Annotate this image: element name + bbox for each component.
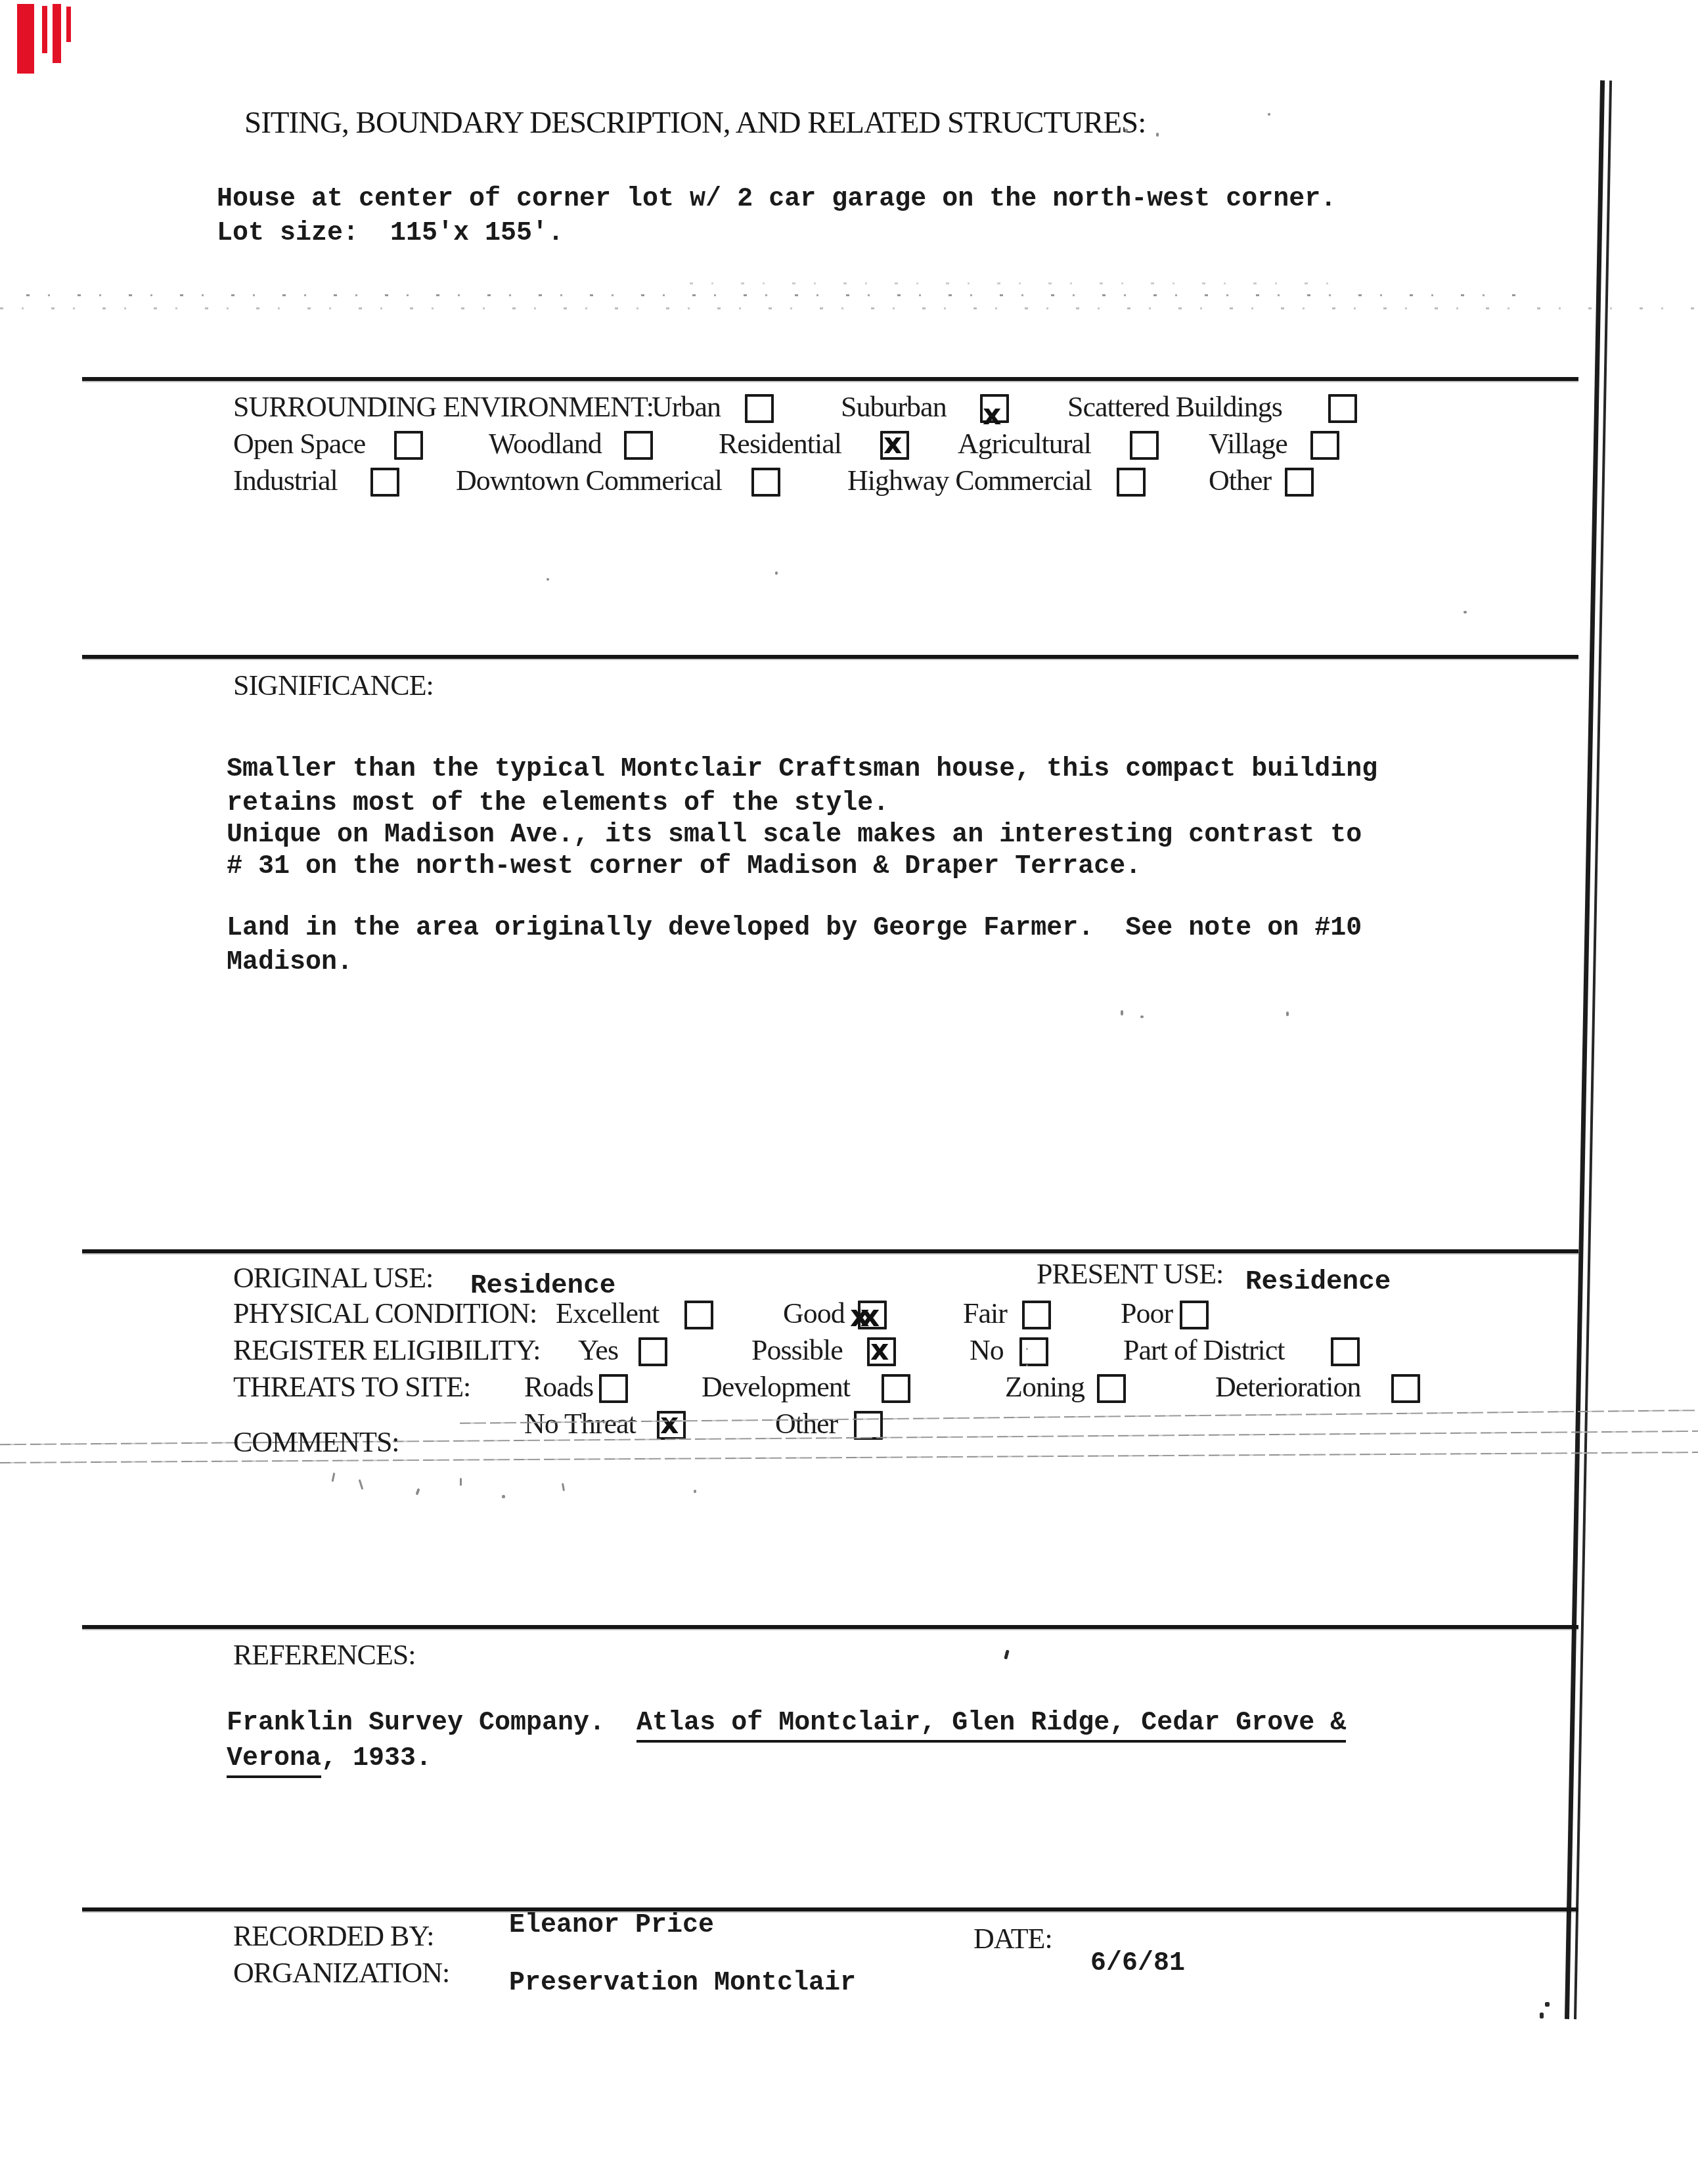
scan-noise-line bbox=[460, 1410, 1698, 1424]
good-checkbox-mark: xx bbox=[850, 1298, 870, 1333]
scattered-buildings-checkbox bbox=[1328, 394, 1357, 423]
scanner-red-bar bbox=[17, 4, 34, 74]
village-checkbox bbox=[1310, 431, 1339, 460]
date-label: DATE: bbox=[973, 1923, 1052, 1955]
good-label: Good bbox=[783, 1298, 845, 1329]
suburban-label: Suburban bbox=[841, 391, 947, 423]
scanned-survey-form-page: SITING, BOUNDARY DESCRIPTION, AND RELATE… bbox=[0, 0, 1698, 2184]
page-edge-line-thin bbox=[1574, 81, 1612, 2020]
organization-value: Preservation Montclair bbox=[509, 1968, 856, 1999]
scan-speck bbox=[1125, 129, 1128, 132]
scan-speck bbox=[775, 571, 778, 575]
no-checkbox: · · bbox=[1019, 1337, 1048, 1366]
reference-author: Franklin Survey Company. bbox=[227, 1708, 637, 1738]
reference-work-title-cont: Verona bbox=[227, 1744, 321, 1778]
date-value: 6/6/81 bbox=[1090, 1948, 1185, 1980]
section-rule bbox=[82, 1249, 1578, 1253]
zoning-checkbox bbox=[1097, 1374, 1126, 1403]
other-threat-checkbox bbox=[854, 1411, 883, 1440]
scanner-red-bar bbox=[66, 7, 71, 42]
threats-to-site-label: THREATS TO SITE: bbox=[233, 1371, 470, 1403]
good-checkbox: xx bbox=[858, 1301, 887, 1329]
industrial-checkbox bbox=[370, 468, 399, 497]
roads-checkbox bbox=[599, 1374, 628, 1403]
original-use-label: ORIGINAL USE: bbox=[233, 1262, 433, 1294]
poor-label: Poor bbox=[1121, 1298, 1173, 1329]
residential-checkbox: x bbox=[880, 431, 909, 460]
reference-work-title: Atlas of Montclair, Glen Ridge, Cedar Gr… bbox=[637, 1708, 1346, 1743]
other-threat-label: Other bbox=[775, 1408, 838, 1440]
recorded-by-value: Eleanor Price bbox=[509, 1910, 714, 1942]
downtown-commercial-checkbox bbox=[751, 468, 780, 497]
scan-speck bbox=[415, 1488, 420, 1496]
development-checkbox bbox=[882, 1374, 910, 1403]
scan-speck bbox=[1140, 1015, 1144, 1018]
suburban-checkbox: x bbox=[980, 394, 1009, 423]
section-rule bbox=[82, 1625, 1578, 1629]
scan-speck bbox=[1545, 2002, 1550, 2007]
no-label: No bbox=[970, 1335, 1004, 1366]
agricultural-checkbox bbox=[1130, 431, 1159, 460]
scattered-buildings-label: Scattered Buildings bbox=[1067, 391, 1282, 423]
yes-label: Yes bbox=[578, 1335, 618, 1366]
reference-citation-line2: Verona, 1933. bbox=[227, 1743, 432, 1775]
industrial-label: Industrial bbox=[233, 465, 338, 497]
scanner-red-bar bbox=[53, 4, 61, 63]
significance-title: SIGNIFICANCE: bbox=[233, 670, 434, 702]
excellent-checkbox bbox=[684, 1301, 713, 1329]
scan-speck bbox=[1463, 611, 1467, 613]
comments-label: COMMENTS: bbox=[233, 1427, 399, 1458]
scanner-red-bar bbox=[42, 6, 47, 53]
woodland-label: Woodland bbox=[489, 428, 602, 460]
page-edge-double-line bbox=[1565, 80, 1613, 2019]
scan-speck bbox=[1268, 113, 1270, 116]
deterioration-checkbox bbox=[1391, 1374, 1420, 1403]
urban-label: Urban bbox=[652, 391, 721, 423]
page-title: SITING, BOUNDARY DESCRIPTION, AND RELATE… bbox=[244, 105, 1146, 141]
present-use-value: Residence bbox=[1245, 1266, 1391, 1299]
reference-year: , 1933. bbox=[321, 1744, 432, 1773]
scan-speck bbox=[1121, 1010, 1123, 1015]
significance-line: Unique on Madison Ave., its small scale … bbox=[227, 820, 1362, 851]
other-environment-label: Other bbox=[1209, 465, 1271, 497]
siting-description-line1: House at center of corner lot w/ 2 car g… bbox=[217, 184, 1336, 215]
no-threat-label: No Threat bbox=[524, 1408, 636, 1440]
agricultural-label: Agricultural bbox=[958, 428, 1091, 460]
highway-commercial-label: Highway Commercial bbox=[847, 465, 1092, 497]
scan-speck bbox=[1286, 1012, 1289, 1016]
possible-checkbox-mark: x bbox=[870, 1333, 889, 1367]
register-eligibility-label: REGISTER ELIGIBILITY: bbox=[233, 1335, 540, 1366]
organization-label: ORGANIZATION: bbox=[233, 1957, 449, 1989]
excellent-label: Excellent bbox=[556, 1298, 659, 1329]
possible-checkbox: x bbox=[867, 1337, 896, 1366]
scan-speck bbox=[502, 1495, 505, 1498]
open-space-label: Open Space bbox=[233, 428, 365, 460]
zoning-label: Zoning bbox=[1005, 1371, 1084, 1403]
deterioration-label: Deterioration bbox=[1215, 1371, 1361, 1403]
present-use-label: PRESENT USE: bbox=[1037, 1259, 1223, 1290]
downtown-commercial-label: Downtown Commerical bbox=[456, 465, 722, 497]
no-threat-checkbox: x bbox=[657, 1411, 686, 1440]
no-checkbox-mark: · · bbox=[1025, 1341, 1046, 1374]
fair-label: Fair bbox=[963, 1298, 1007, 1329]
scan-speck bbox=[547, 578, 549, 581]
open-space-checkbox bbox=[394, 431, 423, 460]
scan-speck bbox=[1156, 133, 1159, 137]
part-of-district-label: Part of District bbox=[1123, 1335, 1285, 1366]
scan-speck bbox=[460, 1478, 462, 1486]
development-label: Development bbox=[702, 1371, 850, 1403]
highway-commercial-checkbox bbox=[1117, 468, 1146, 497]
possible-label: Possible bbox=[751, 1335, 843, 1366]
no-threat-checkbox-mark: x bbox=[660, 1407, 679, 1440]
physical-condition-label: PHYSICAL CONDITION: bbox=[233, 1298, 537, 1329]
section-rule bbox=[82, 377, 1578, 381]
surrounding-environment-title: SURROUNDING ENVIRONMENT: bbox=[233, 391, 654, 423]
scan-speck bbox=[359, 1479, 364, 1490]
significance-line: Land in the area originally developed by… bbox=[227, 913, 1362, 945]
scan-speck bbox=[694, 1490, 696, 1493]
recorded-by-label: RECORDED BY: bbox=[233, 1921, 434, 1952]
yes-checkbox bbox=[638, 1337, 667, 1366]
scan-noise-band bbox=[26, 294, 1524, 296]
woodland-checkbox bbox=[624, 431, 653, 460]
scan-speck bbox=[562, 1483, 565, 1491]
section-rule bbox=[82, 1907, 1578, 1911]
other-environment-checkbox bbox=[1285, 468, 1314, 497]
references-title: REFERENCES: bbox=[233, 1639, 416, 1671]
residential-label: Residential bbox=[719, 428, 841, 460]
significance-line: # 31 on the north-west corner of Madison… bbox=[227, 851, 1141, 883]
siting-lot-size-line: Lot size: 115'x 155'. bbox=[217, 218, 564, 250]
roads-label: Roads bbox=[524, 1371, 593, 1403]
scan-noise-band bbox=[690, 282, 1333, 284]
significance-line: retains most of the elements of the styl… bbox=[227, 788, 889, 820]
fair-checkbox bbox=[1022, 1301, 1051, 1329]
significance-line: Madison. bbox=[227, 947, 353, 979]
scan-noise-band bbox=[0, 307, 1698, 309]
significance-line: Smaller than the typical Montclair Craft… bbox=[227, 754, 1377, 786]
village-label: Village bbox=[1209, 428, 1287, 460]
scan-speck bbox=[1004, 1650, 1009, 1660]
poor-checkbox bbox=[1180, 1301, 1209, 1329]
part-of-district-checkbox bbox=[1331, 1337, 1360, 1366]
scan-speck bbox=[1540, 2013, 1544, 2018]
residential-checkbox-mark: x bbox=[883, 427, 902, 460]
page-edge-line-thick bbox=[1565, 80, 1605, 2019]
scan-speck bbox=[332, 1473, 336, 1482]
urban-checkbox bbox=[745, 394, 774, 423]
suburban-checkbox-mark: x bbox=[983, 398, 1001, 432]
section-rule bbox=[82, 655, 1578, 659]
reference-citation-line1: Franklin Survey Company. Atlas of Montcl… bbox=[227, 1708, 1346, 1739]
